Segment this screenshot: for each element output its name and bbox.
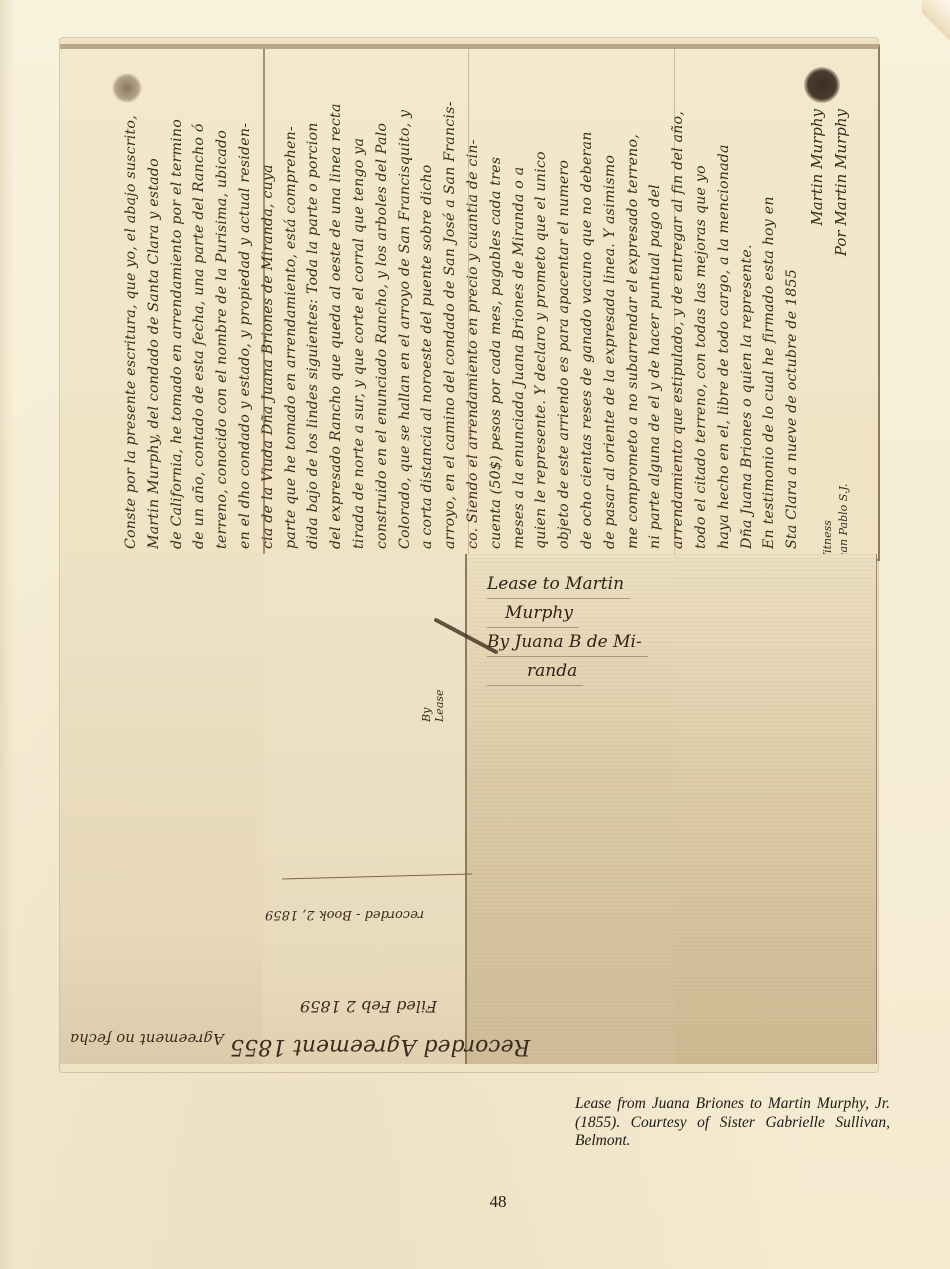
text-line: de ocho cientas reses de ganado vacuno q… [576,59,599,549]
text-line: construido en el enunciado Rancho, y los… [371,59,394,549]
text-line: me comprometo a no subarrendar el expres… [622,59,645,549]
figure-caption: Lease from Juana Briones to Martin Murph… [575,1095,890,1151]
witness-block: Witness Juan Pablo S.J. [820,444,870,564]
folded-panel-endorsement: Lease to Martin Murphy By Juana B de Mi-… [465,554,678,1064]
upside-down-note: recorded - Book 2, 1859 [265,904,424,924]
text-line: arrendamiento que estipulado, y de entre… [667,59,690,549]
text-line: haya hecho en el, libre de todo cargo, a… [713,59,736,549]
text-line: cia de la Viuda Dña Juana Briones de Mir… [257,59,280,549]
lease-document-photo: Conste por la presente escritura, que yo… [60,38,878,1072]
endorsement-line: Murphy [487,599,579,628]
folded-panel [263,554,466,1064]
text-line: co. Siendo el arrendamiento en precio y … [462,59,485,549]
text-line: del expresado Rancho que queda al oeste … [325,59,348,549]
text-line: meses a la enunciada Juana Briones de Mi… [508,59,531,549]
text-line: de un año, contado de esta fecha, una pa… [188,59,211,549]
endorsement-line: By Juana B de Mi- [487,628,648,657]
text-line: tirada de norte a sur, y que corte el co… [348,59,371,549]
folded-panel [674,554,877,1064]
text-line: dida bajo de los lindes siguientes: Toda… [302,59,325,549]
text-line: objeto de este arriendo es para apacenta… [553,59,576,549]
text-line: a corta distancia al noroeste del puente… [416,59,439,549]
text-line: Dña Juana Briones o quien la represente. [736,59,759,549]
text-line: Martin Murphy, del condado de Santa Clar… [143,59,166,549]
text-line: Conste por la presente escritura, que yo… [120,59,143,549]
endorsement-line: Lease to Martin [487,570,630,599]
signature-block: Martin Murphy Por Martin Murphy [805,109,865,359]
text-line: Colorado, que se hallan en el arroyo de … [394,59,417,549]
witness-line: Juan Pablo S.J. [836,444,852,564]
upside-down-note: Recorded Agreement 1855 [230,1034,530,1059]
page-corner [922,0,950,40]
text-line: de California, he tomado en arrendamient… [166,59,189,549]
page-number: 48 [478,1192,518,1212]
document-top-half: Conste por la presente escritura, que yo… [60,44,880,561]
document-bottom-half: Agreement no fecha Lease to Martin Murph… [60,554,878,1072]
text-line: ni parte alguna de el y de hacer puntual… [644,59,667,549]
text-line: de pasar al oriente de la expresada line… [599,59,622,549]
text-line: terreno, conocido con el nombre de la Pu… [211,59,234,549]
side-note-text: By Lease [420,682,450,722]
text-line: quien le represente. Y declaro y prometo… [530,59,553,549]
endorsement-line: randa [487,657,583,686]
text-line: todo el citado terreno, con todas las me… [690,59,713,549]
upside-down-note: Filed Feb 2 1859 [300,997,437,1016]
text-line: cuenta (50$) pesos por cada mes, pagable… [485,59,508,549]
text-line: En testimonio de lo cual he firmado esta… [758,59,781,549]
text-line: Sta Clara a nueve de octubre de 1855 [781,59,804,549]
text-line: en el dho condado y estado, y propiedad … [234,59,257,549]
signature-line: Martin Murphy [805,109,829,359]
folded-panel: Agreement no fecha [60,554,264,1064]
handwritten-lease-text: Conste por la presente escritura, que yo… [120,59,810,549]
signature-line: Por Martin Murphy [829,109,853,359]
endorsement-text: Lease to Martin Murphy By Juana B de Mi-… [487,570,667,686]
witness-line: Witness [820,444,836,564]
side-note: By Lease [420,682,450,722]
text-line: parte que he tomado en arrendamiento, es… [280,59,303,549]
text-line: arroyo, en el camino del condado de San … [439,59,462,549]
upside-down-note: Agreement no fecha [70,1030,224,1048]
